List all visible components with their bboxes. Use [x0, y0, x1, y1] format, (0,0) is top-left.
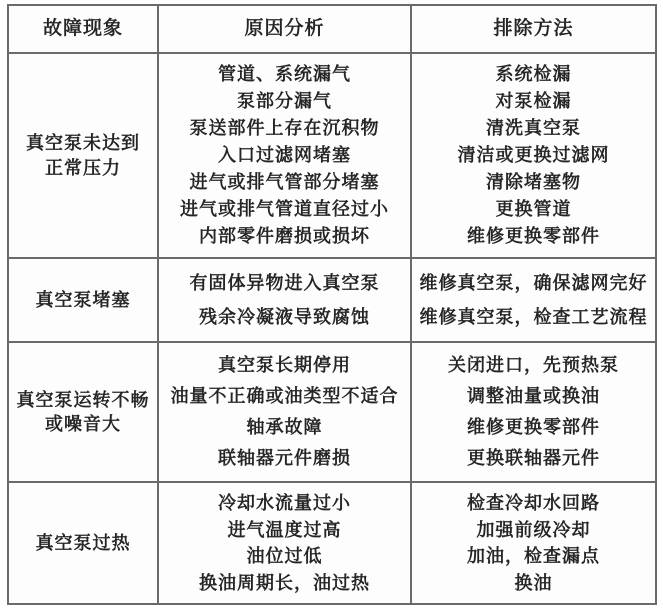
- cell-line: 进气或排气管道直径过小: [180, 197, 389, 221]
- cell-remedies-row4: 检查冷却水回路加强前级冷却加油，检查漏点换油: [412, 483, 655, 603]
- cell-line: 真空泵长期停用: [218, 353, 351, 377]
- cell-phenomenon-row2: 真空泵堵塞: [9, 259, 159, 343]
- cell-line: 更换管道: [496, 197, 572, 221]
- cell-causes-row3: 真空泵长期停用油量不正确或油类型不适合轴承故障联轴器元件磨损: [159, 343, 412, 483]
- cell-line: 真空泵运转不畅: [17, 388, 150, 412]
- cell-line: 内部零件磨损或损坏: [199, 224, 370, 248]
- cell-causes-row2: 有固体异物进入真空泵残余冷凝液导致腐蚀: [159, 259, 412, 343]
- cell-line: 进气温度过高: [228, 518, 342, 542]
- cell-causes-row1: 管道、系统漏气泵部分漏气泵送部件上存在沉积物入口过滤网堵塞进气或排气管部分堵塞进…: [159, 54, 412, 259]
- cell-remedies-row3: 关闭进口，先预热泵调整油量或换油维修更换零部件更换联轴器元件: [412, 343, 655, 483]
- cell-line: 联轴器元件磨损: [218, 446, 351, 470]
- cell-line: 管道、系统漏气: [218, 62, 351, 86]
- cell-line: 维修真空泵，检查工艺流程: [420, 305, 648, 329]
- cell-line: 清洁或更换过滤网: [458, 143, 610, 167]
- cell-line: 油位过低: [247, 544, 323, 568]
- cell-line: 冷却水流量过小: [218, 491, 351, 515]
- cell-phenomenon-row1: 真空泵未达到正常压力: [9, 54, 159, 259]
- page: 故障现象 原因分析 排除方法 真空泵未达到正常压力 管道、系统漏气泵部分漏气泵送…: [0, 0, 663, 611]
- cell-line: 维修更换零部件: [467, 415, 600, 439]
- cell-line: 调整油量或换油: [467, 384, 600, 408]
- cell-line: 入口过滤网堵塞: [218, 143, 351, 167]
- header-cell-cause: 原因分析: [159, 6, 412, 54]
- cell-line: 对泵检漏: [496, 89, 572, 113]
- cell-remedies-row2: 维修真空泵，确保滤网完好维修真空泵，检查工艺流程: [412, 259, 655, 343]
- header-cell-phenomenon: 故障现象: [9, 6, 159, 54]
- cell-phenomenon-row4: 真空泵过热: [9, 483, 159, 603]
- cell-line: 真空泵未达到: [26, 131, 140, 155]
- cell-line: 正常压力: [45, 156, 121, 180]
- cell-line: 进气或排气管部分堵塞: [190, 170, 380, 194]
- cell-line: 泵部分漏气: [237, 89, 332, 113]
- cell-line: 关闭进口，先预热泵: [448, 353, 619, 377]
- cell-line: 油量不正确或油类型不适合: [171, 384, 399, 408]
- cell-line: 加强前级冷却: [477, 518, 591, 542]
- header-cell-remedy: 排除方法: [412, 6, 655, 54]
- cell-phenomenon-row3: 真空泵运转不畅或噪音大: [9, 343, 159, 483]
- cell-line: 维修更换零部件: [467, 224, 600, 248]
- cell-line: 检查冷却水回路: [467, 491, 600, 515]
- cell-line: 真空泵堵塞: [36, 288, 131, 312]
- cell-line: 加油，检查漏点: [467, 544, 600, 568]
- fault-table: 故障现象 原因分析 排除方法 真空泵未达到正常压力 管道、系统漏气泵部分漏气泵送…: [7, 4, 657, 605]
- cell-causes-row4: 冷却水流量过小进气温度过高油位过低换油周期长，油过热: [159, 483, 412, 603]
- cell-line: 清洗真空泵: [486, 116, 581, 140]
- cell-remedies-row1: 系统检漏对泵检漏清洗真空泵清洁或更换过滤网清除堵塞物更换管道维修更换零部件: [412, 54, 655, 259]
- cell-line: 泵送部件上存在沉积物: [190, 116, 380, 140]
- cell-line: 维修真空泵，确保滤网完好: [420, 271, 648, 295]
- cell-line: 真空泵过热: [36, 531, 131, 555]
- cell-line: 换油周期长，油过热: [199, 571, 370, 595]
- cell-line: 轴承故障: [247, 415, 323, 439]
- cell-line: 系统检漏: [496, 62, 572, 86]
- cell-line: 换油: [515, 571, 553, 595]
- cell-line: 更换联轴器元件: [467, 446, 600, 470]
- cell-line: 残余冷凝液导致腐蚀: [199, 305, 370, 329]
- cell-line: 有固体异物进入真空泵: [190, 271, 380, 295]
- cell-line: 或噪音大: [45, 412, 121, 436]
- cell-line: 清除堵塞物: [486, 170, 581, 194]
